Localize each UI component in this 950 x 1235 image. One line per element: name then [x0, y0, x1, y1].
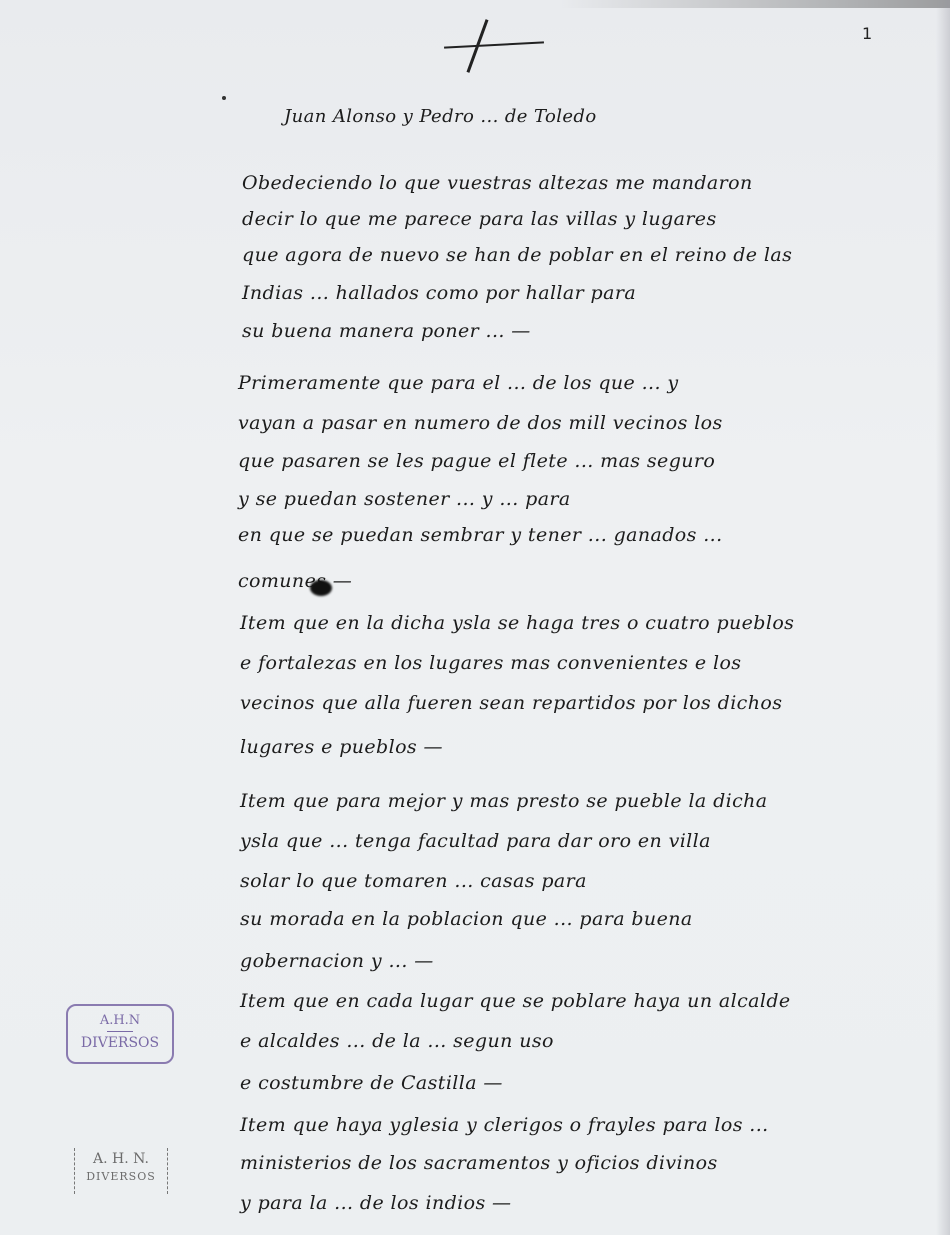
text-line: y para la ... de los indios — — [240, 1192, 511, 1214]
text-line: Obedeciendo lo que vuestras altezas me m… — [242, 172, 753, 194]
stamp-line-1: A. H. N. — [75, 1151, 167, 1167]
text-line: su buena manera poner ... — — [242, 320, 531, 342]
text-line: decir lo que me parece para las villas y… — [242, 208, 717, 230]
text-line: Indias ... hallados como por hallar para — [242, 282, 636, 304]
manuscript-page: 1 Juan Alonso y Pedro ... de Toledo Obed… — [0, 0, 950, 1235]
text-line: ministerios de los sacramentos y oficios… — [240, 1152, 718, 1174]
text-line: Item que en la dicha ysla se haga tres o… — [240, 612, 794, 634]
text-line: y se puedan sostener ... y ... para — [238, 488, 571, 510]
page-number: 1 — [862, 24, 872, 43]
document-heading: Juan Alonso y Pedro ... de Toledo — [284, 106, 597, 127]
stamp-line-2: DIVERSOS — [75, 1170, 167, 1183]
ink-dot — [222, 96, 226, 100]
text-line: e costumbre de Castilla — — [240, 1072, 503, 1094]
text-line: Item que haya yglesia y clerigos o frayl… — [240, 1114, 769, 1136]
cross-mark-horizontal — [444, 41, 544, 48]
text-line: Item que para mejor y mas presto se pueb… — [240, 790, 768, 812]
text-line: solar lo que tomaren ... casas para — [240, 870, 587, 892]
stamp-line-1: A.H.N — [68, 1013, 172, 1028]
scan-edge-right — [936, 0, 950, 1235]
text-line: e fortalezas en los lugares mas convenie… — [240, 652, 741, 674]
text-line: ysla que ... tenga facultad para dar oro… — [240, 830, 711, 852]
text-line: gobernacion y ... — — [240, 950, 434, 972]
text-line: Item que en cada lugar que se poblare ha… — [240, 990, 791, 1012]
text-line: comunes — — [238, 570, 352, 592]
text-line: vayan a pasar en numero de dos mill veci… — [238, 412, 723, 434]
archive-stamp-ahn-diversos-faded: A. H. N. DIVERSOS — [74, 1148, 168, 1194]
archive-stamp-ahn-diversos: A.H.N DIVERSOS — [66, 1004, 174, 1064]
text-line: que pasaren se les pague el flete ... ma… — [238, 450, 715, 472]
text-line: e alcaldes ... de la ... segun uso — [240, 1030, 554, 1052]
scan-edge-top — [560, 0, 950, 8]
text-line: vecinos que alla fueren sean repartidos … — [240, 692, 782, 714]
text-line: su morada en la poblacion que ... para b… — [240, 908, 693, 930]
text-line: que agora de nuevo se han de poblar en e… — [242, 244, 792, 266]
text-line: Primeramente que para el ... de los que … — [238, 372, 679, 394]
ink-blot — [310, 580, 332, 596]
text-line: lugares e pueblos — — [240, 736, 443, 758]
stamp-line-2: DIVERSOS — [68, 1035, 172, 1051]
text-line: en que se puedan sembrar y tener ... gan… — [238, 524, 723, 546]
stamp-rule — [107, 1031, 133, 1032]
